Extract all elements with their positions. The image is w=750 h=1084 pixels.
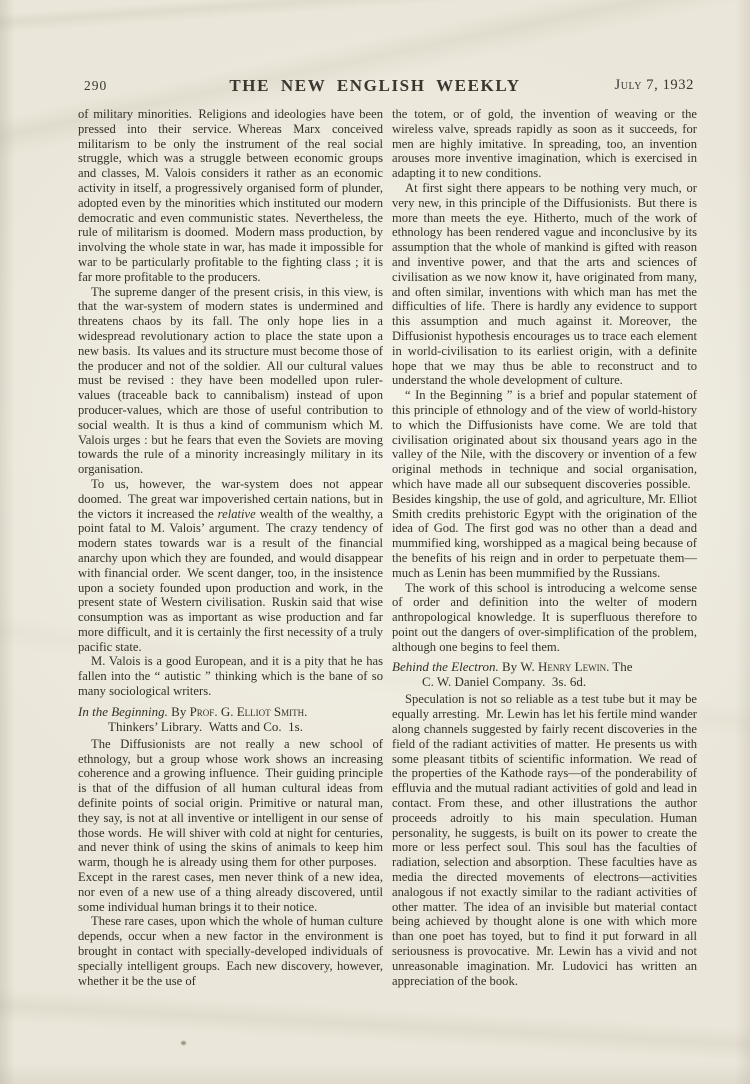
right-column: the totem, or of gold, the invention of … [392,107,697,988]
paragraph: M. Valois is a good European, and it is … [78,654,383,698]
page-header: 290 THE NEW ENGLISH WEEKLY July 7, 1932 [0,76,750,98]
author-name: W. Henry Lewin. [520,659,609,674]
body-columns: of military minorities. Religions and id… [78,107,697,988]
paragraph: the totem, or of gold, the invention of … [392,107,697,181]
paragraph: To us, however, the war-system does not … [78,477,383,655]
heading-text: The [609,659,632,674]
book-title: Behind the Electron. [392,659,499,674]
author-name: Prof. G. Elliot Smith. [190,704,308,719]
publisher-line: C. W. Daniel Company. 3s. 6d. [422,674,697,689]
italic-text: relative [218,507,256,521]
book-review-heading: In the Beginning. By Prof. G. Elliot Smi… [78,704,383,734]
heading-text: By [499,659,521,674]
paper-blemish [181,1041,186,1045]
paragraph: At first sight there appears to be nothi… [392,181,697,388]
paragraph: of military minorities. Religions and id… [78,107,383,285]
book-title-line: In the Beginning. By Prof. G. Elliot Smi… [78,704,383,719]
paragraph: Speculation is not so reliable as a test… [392,692,697,988]
book-review-heading: Behind the Electron. By W. Henry Lewin. … [392,659,697,689]
left-column: of military minorities. Religions and id… [78,107,383,988]
paragraph: “ In the Beginning ” is a brief and popu… [392,388,697,580]
book-title-line: Behind the Electron. By W. Henry Lewin. … [392,659,697,674]
paragraph: The supreme danger of the present crisis… [78,285,383,477]
issue-date: July 7, 1932 [614,77,694,94]
publisher-line: Thinkers’ Library. Watts and Co. 1s. [108,719,383,734]
paragraph: These rare cases, upon which the whole o… [78,914,383,988]
heading-text: By [168,704,190,719]
magazine-page: 290 THE NEW ENGLISH WEEKLY July 7, 1932 … [0,0,750,1084]
paragraph: The Diffusionists are not really a new s… [78,737,383,915]
paragraph: The work of this school is introducing a… [392,581,697,655]
book-title: In the Beginning. [78,704,168,719]
